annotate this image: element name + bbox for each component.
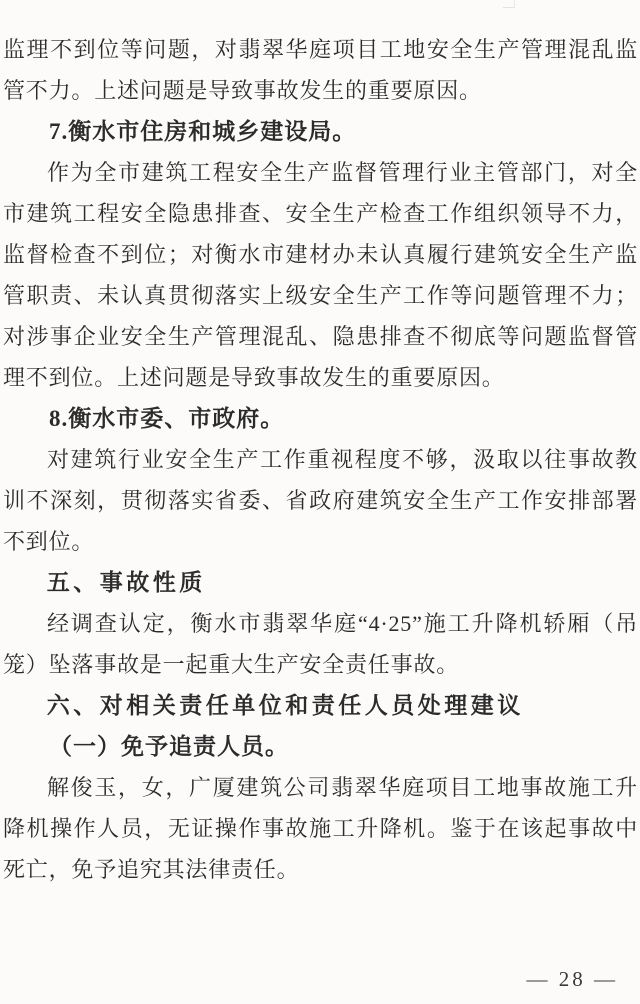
paragraph: 监理不到位等问题，对翡翠华庭项目工地安全生产管理混乱监管不力。上述问题是导致事故… (3, 29, 638, 111)
paragraph: 作为全市建筑工程安全生产监督管理行业主管部门，对全市建筑工程安全隐患排查、安全生… (3, 152, 638, 398)
section-heading: 7.衡水市住房和城乡建设局。 (3, 111, 638, 152)
paragraph: 经调查认定，衡水市翡翠华庭“4·25”施工升降机轿厢（吊笼）坠落事故是一起重大生… (3, 603, 638, 685)
section-heading: （一）免予追责人员。 (3, 726, 638, 767)
scan-artifact (503, 0, 515, 8)
section-heading: 8.衡水市委、市政府。 (3, 398, 638, 439)
section-heading: 六、对相关责任单位和责任人员处理建议 (3, 685, 638, 726)
document-body: 监理不到位等问题，对翡翠华庭项目工地安全生产管理混乱监管不力。上述问题是导致事故… (3, 29, 638, 890)
paragraph: 解俊玉，女，广厦建筑公司翡翠华庭项目工地事故施工升降机操作人员，无证操作事故施工… (3, 767, 638, 890)
document-page: 监理不到位等问题，对翡翠华庭项目工地安全生产管理混乱监管不力。上述问题是导致事故… (0, 0, 640, 1004)
page-number: — 28 — (527, 967, 619, 992)
paragraph: 对建筑行业安全生产工作重视程度不够，汲取以往事故教训不深刻，贯彻落实省委、省政府… (3, 439, 638, 562)
section-heading: 五、事故性质 (3, 562, 638, 603)
